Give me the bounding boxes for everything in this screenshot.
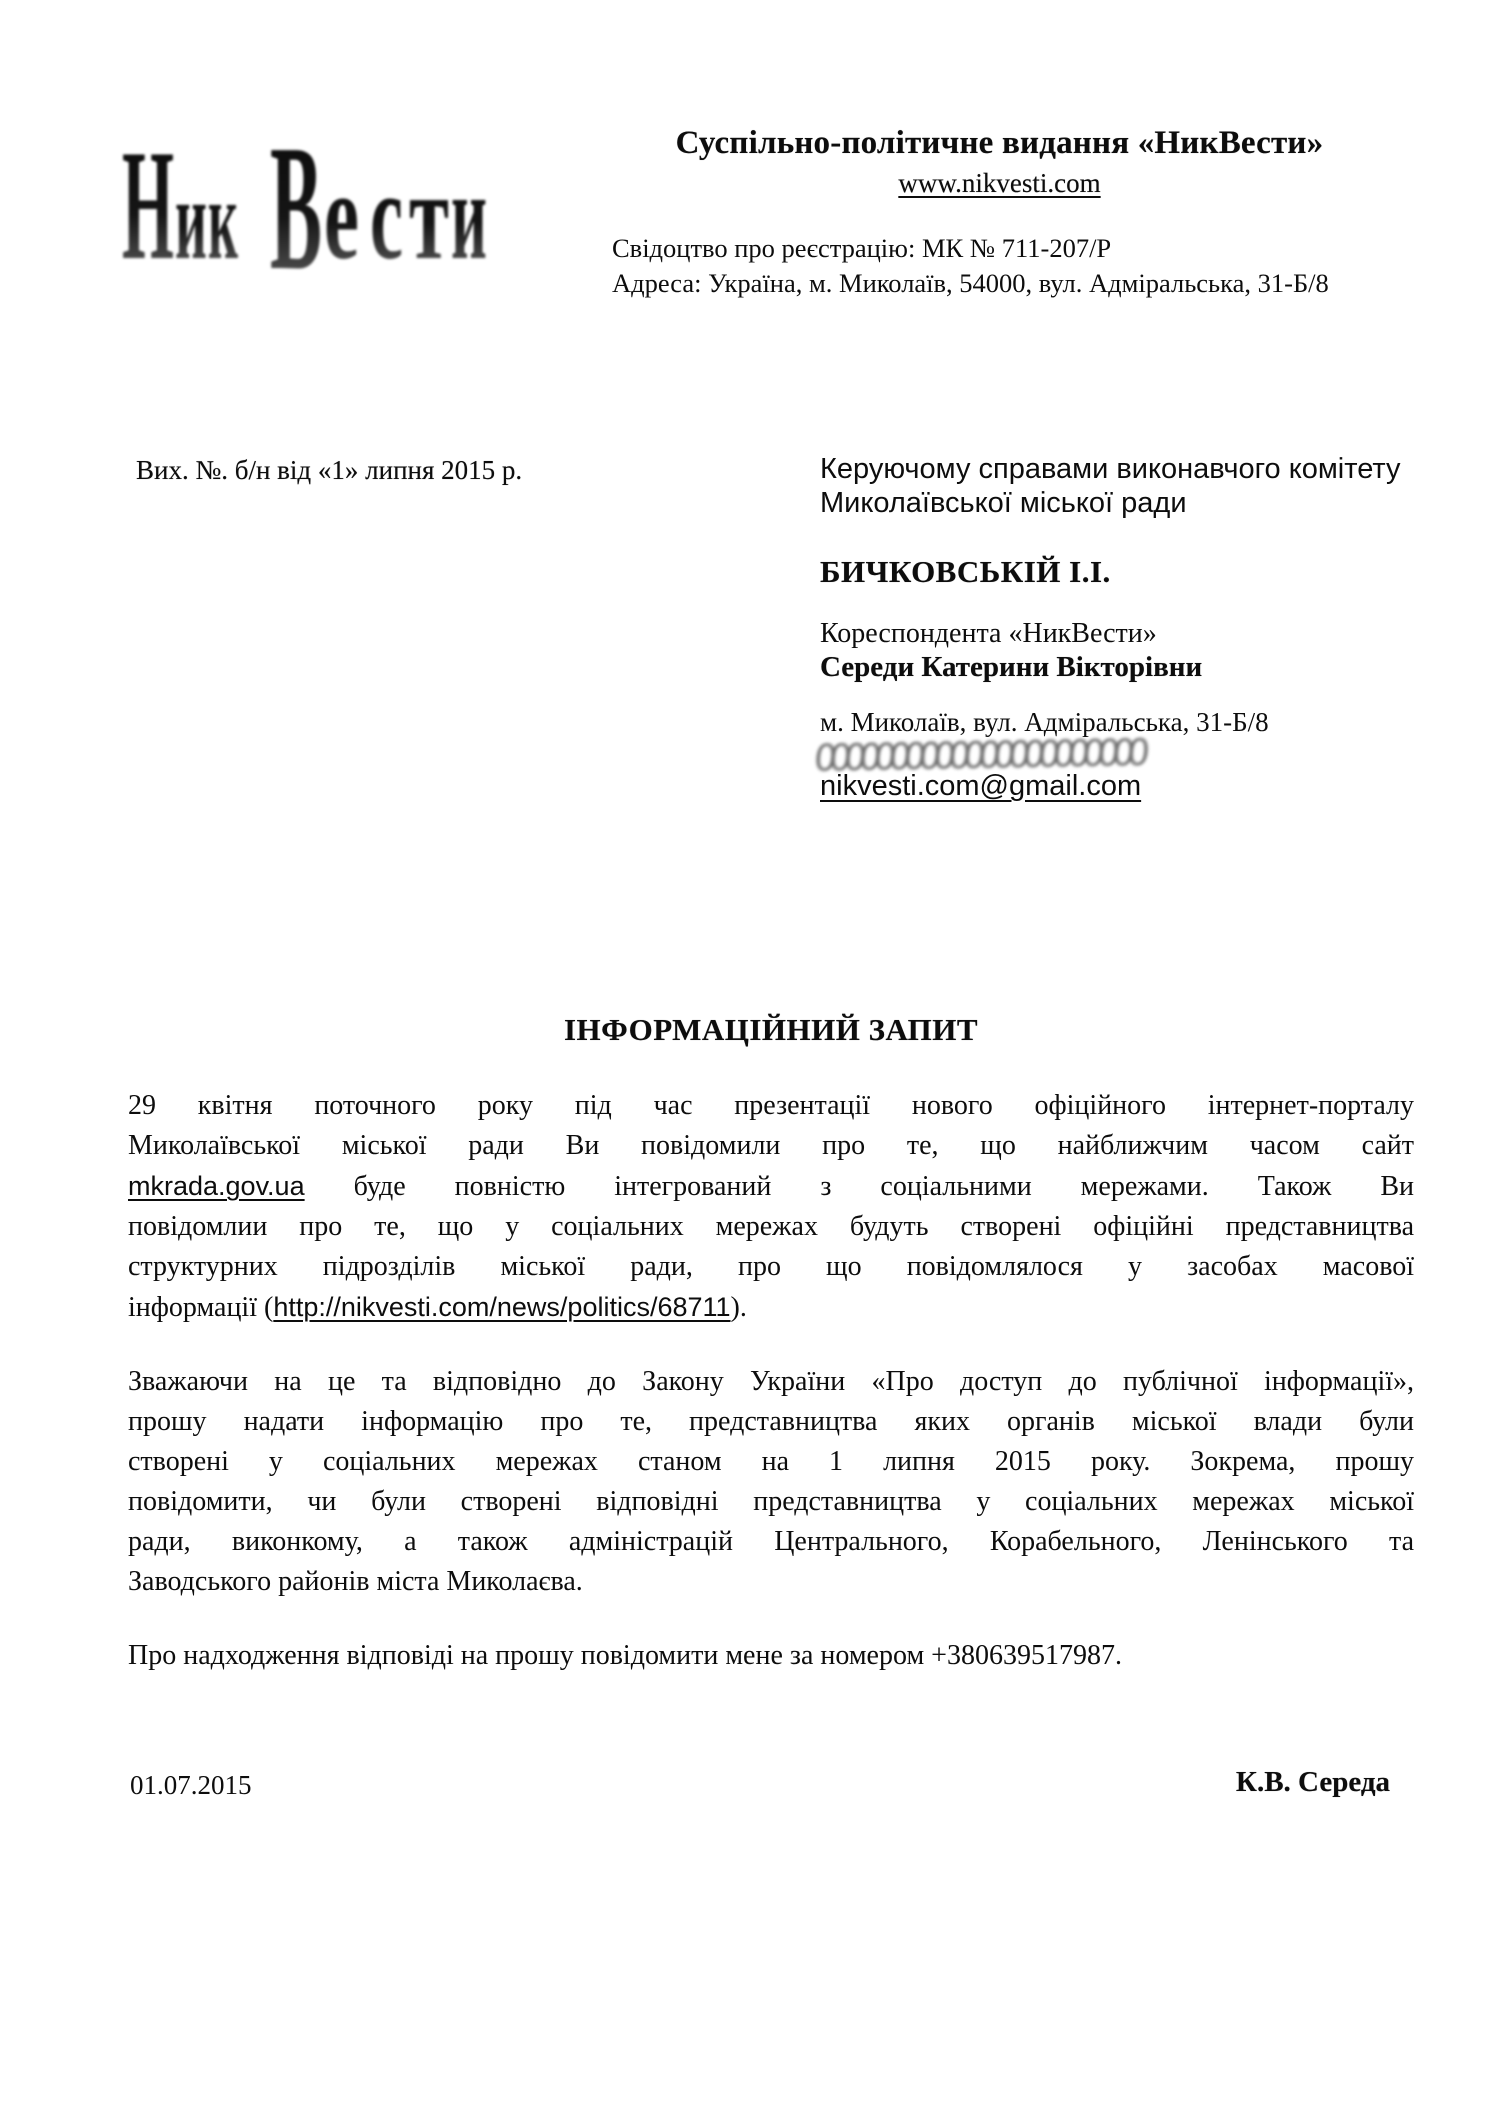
logo-letter: и <box>175 156 207 278</box>
nikvesti-logo-image: Н и к В е с т и <box>118 128 498 278</box>
body-line: Миколаївської міської ради Ви повідомили… <box>128 1126 1414 1166</box>
recipient-position-line2: Миколаївської міської ради <box>820 486 1420 520</box>
nikvesti-logo: Н и к В е с т и <box>118 128 498 278</box>
recipient-position-line1: Керуючому справами виконавчого комітету <box>820 452 1420 486</box>
letter-body: 29 квітня поточного року під час презент… <box>128 1086 1414 1710</box>
signature-name: К.В. Середа <box>128 1766 1390 1799</box>
logo-letter: и <box>451 147 487 278</box>
sender-name: Середи Катерини Вікторівни <box>820 651 1202 684</box>
body-line: mkrada.gov.ua буде повністю інтегрований… <box>128 1166 1414 1207</box>
letter-title: ІНФОРМАЦІЙНИЙ ЗАПИТ <box>128 1012 1414 1048</box>
outgoing-reference: Вих. №. б/н від «1» липня 2015 р. <box>136 455 522 486</box>
publication-website-row: www.nikvesti.com <box>612 168 1387 199</box>
logo-letter: е <box>324 147 359 278</box>
body-text: ). <box>731 1292 747 1323</box>
body-line: Зважаючи на це та відповідно до Закону У… <box>128 1362 1414 1402</box>
publication-website-link[interactable]: www.nikvesti.com <box>898 168 1100 198</box>
body-line: повідомлии про те, що у соціальних мереж… <box>128 1207 1414 1247</box>
recipient-block: Керуючому справами виконавчого комітету … <box>820 452 1420 832</box>
paragraph-1: 29 квітня поточного року під час презент… <box>128 1086 1414 1328</box>
sender-address: м. Миколаїв, вул. Адміральська, 31-Б/8 <box>820 707 1269 738</box>
recipient-name: БИЧКОВСЬКІЙ І.І. <box>820 554 1111 590</box>
sender-role: Кореспондента «НикВести» <box>820 618 1157 650</box>
body-line: Заводського районів міста Миколаєва. <box>128 1562 1414 1602</box>
body-line: прошу надати інформацію про те, представ… <box>128 1402 1414 1442</box>
nikvesti-article-link[interactable]: http://nikvesti.com/news/politics/68711 <box>273 1292 730 1322</box>
publication-title: Суспільно-політичне видання «НикВести» <box>612 124 1387 162</box>
body-text: інформації ( <box>128 1292 273 1323</box>
logo-letter: с <box>370 147 403 278</box>
body-line: повідомити, чи були створені відповідні … <box>128 1482 1414 1522</box>
body-line: створені у соціальних мережах станом на … <box>128 1442 1414 1482</box>
logo-letter: Н <box>122 128 174 278</box>
registration-line: Свідоцтво про реєстрацію: МК № 711-207/Р <box>612 231 1387 266</box>
registration-block: Свідоцтво про реєстрацію: МК № 711-207/Р… <box>612 231 1387 301</box>
logo-letter: т <box>409 147 449 278</box>
body-line: ради, виконкому, а також адміністрацій Ц… <box>128 1522 1414 1562</box>
body-text: буде повністю інтегрований з соціальними… <box>354 1171 1414 1202</box>
paragraph-2: Зважаючи на це та відповідно до Закону У… <box>128 1362 1414 1602</box>
body-line: 29 квітня поточного року під час презент… <box>128 1086 1414 1126</box>
logo-letter: к <box>208 156 238 278</box>
logo-letter: В <box>270 128 322 278</box>
sender-email-link[interactable]: nikvesti.com@gmail.com <box>820 770 1141 802</box>
masthead: Суспільно-політичне видання «НикВести» w… <box>612 124 1387 301</box>
body-line: структурних підрозділів міської ради, пр… <box>128 1247 1414 1287</box>
address-line: Адреса: Україна, м. Миколаїв, 54000, вул… <box>612 266 1387 301</box>
paragraph-3: Про надходження відповіді на прошу повід… <box>128 1636 1414 1676</box>
letter-page: Н и к В е с т и Суспільно-політичне вида… <box>0 0 1500 2123</box>
body-line: інформації (http://nikvesti.com/news/pol… <box>128 1287 1414 1328</box>
sender-email-row: nikvesti.com@gmail.com <box>820 770 1141 803</box>
body-line: Про надходження відповіді на прошу повід… <box>128 1636 1414 1676</box>
mkrada-link[interactable]: mkrada.gov.ua <box>128 1171 305 1201</box>
